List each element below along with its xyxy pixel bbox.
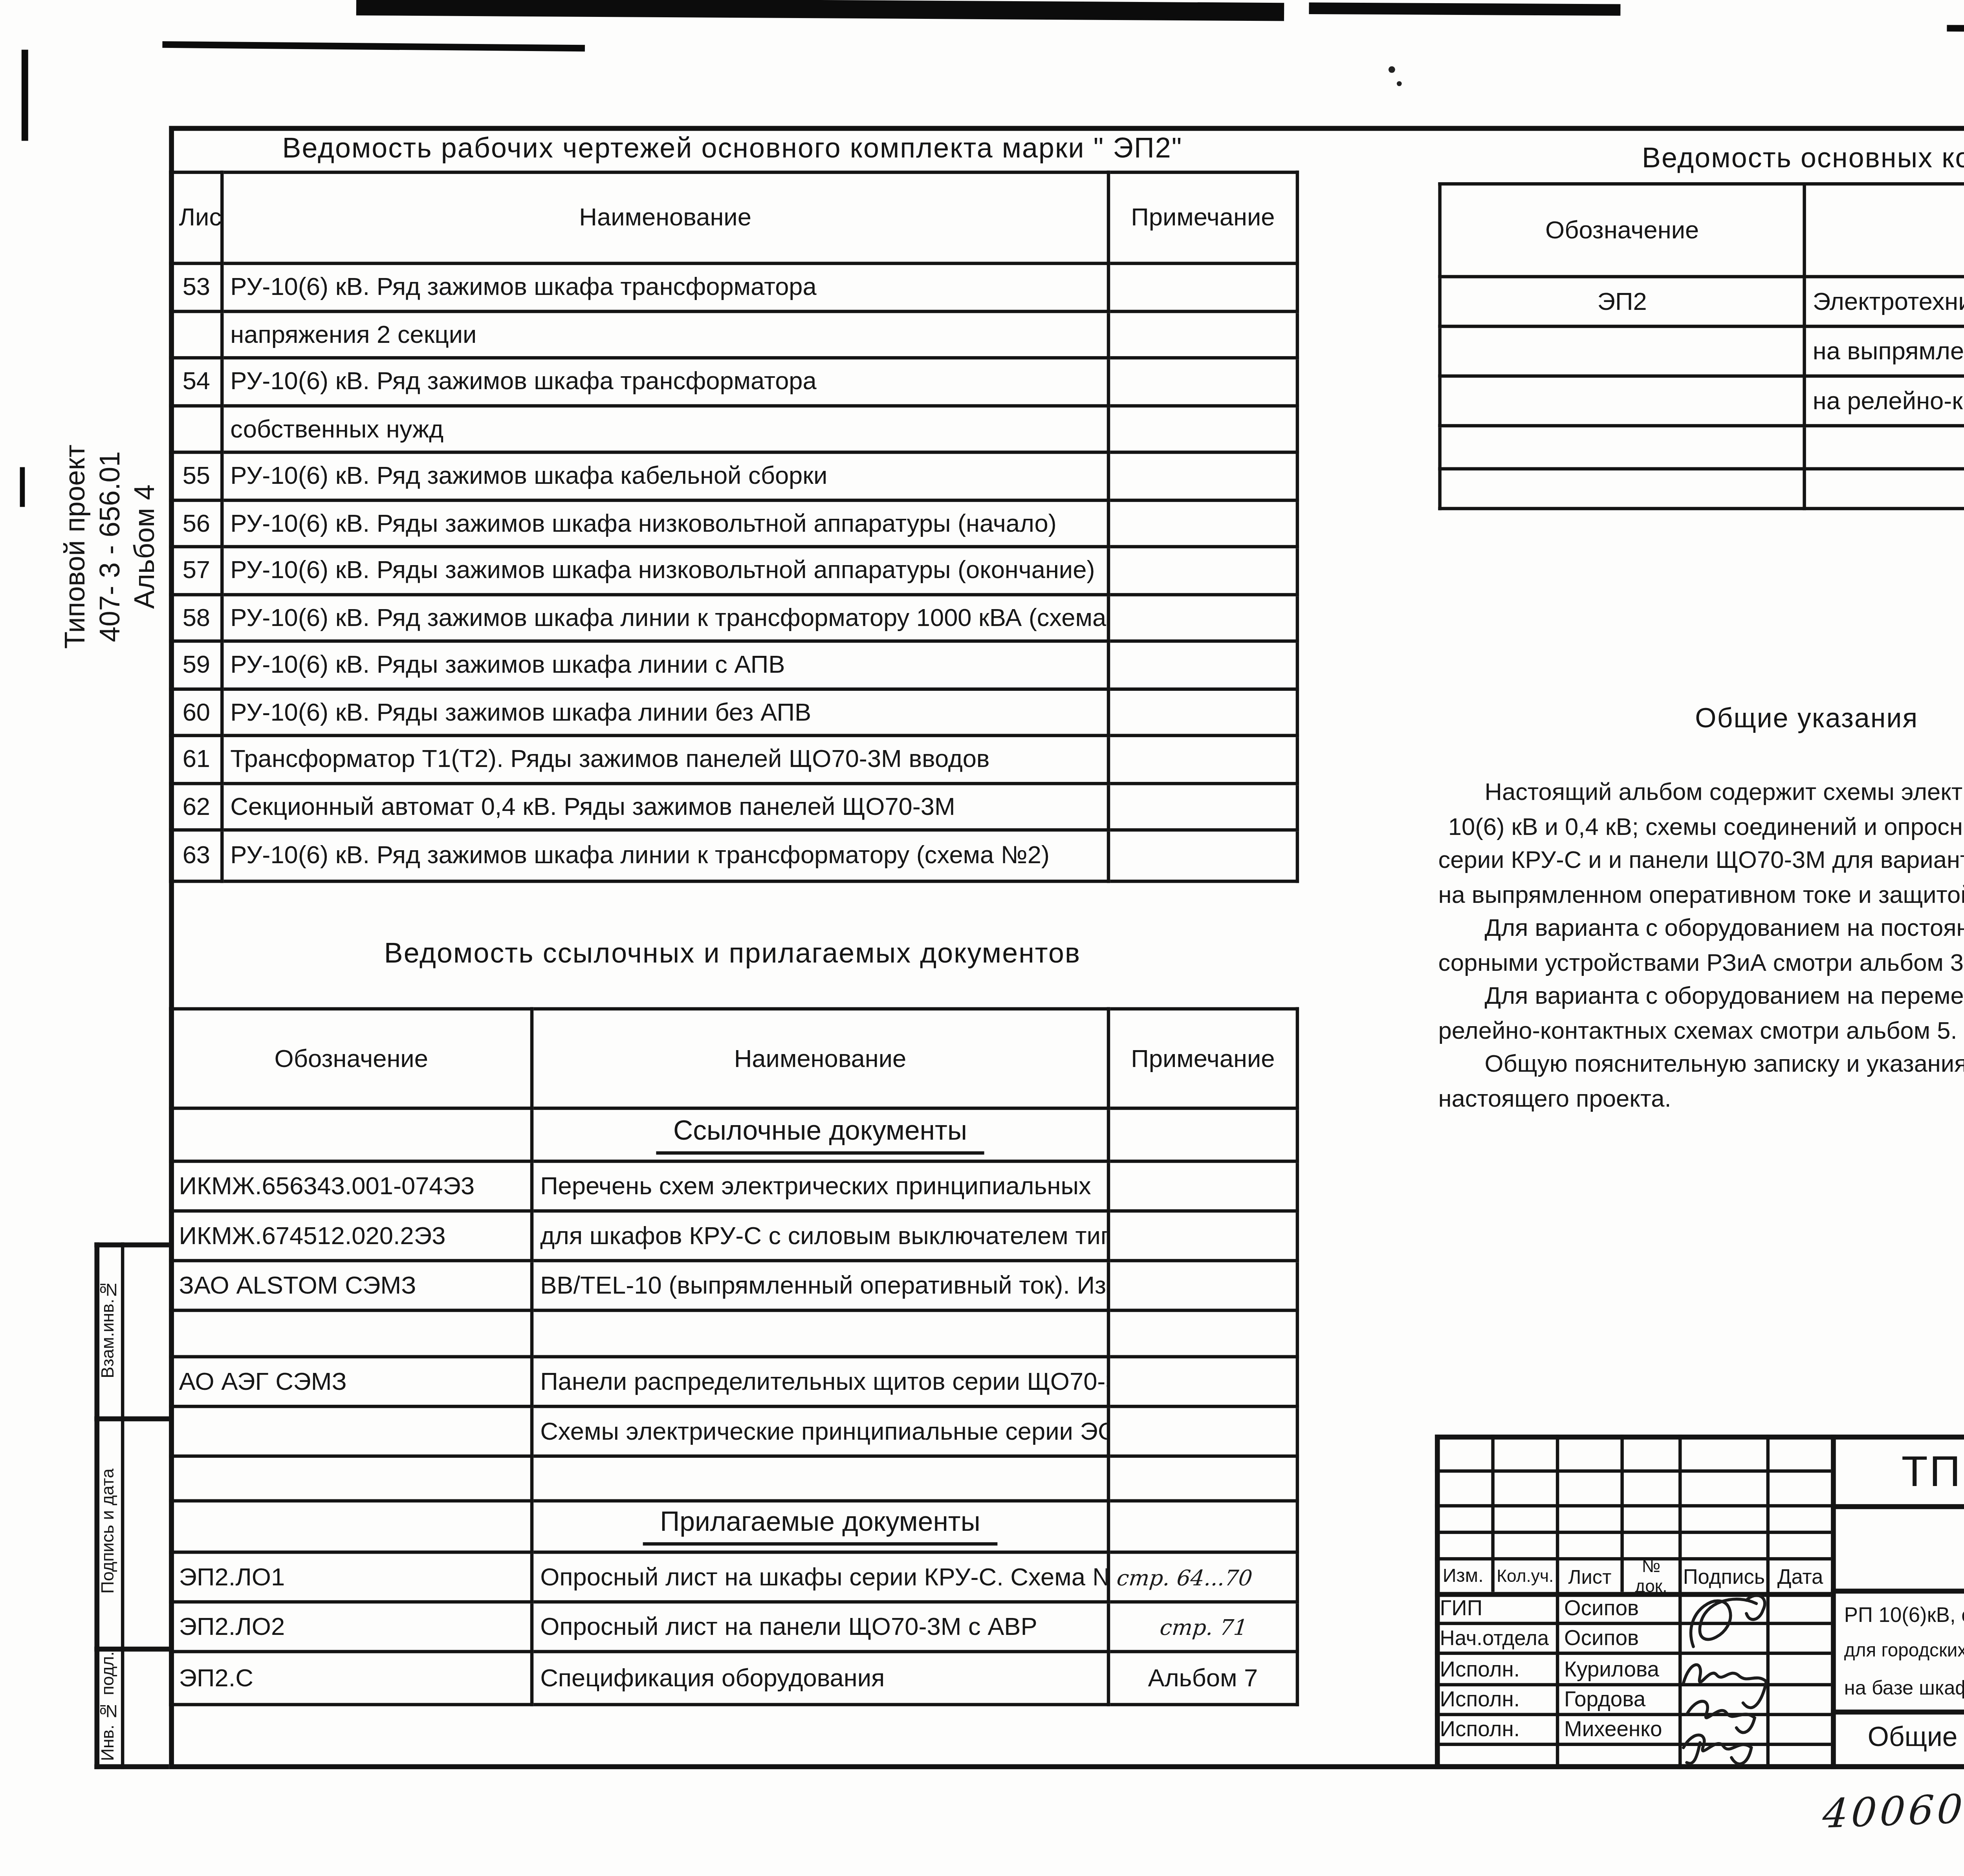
rev-header: Кол.уч. [1495,1561,1556,1592]
staff-name: Гордова [1564,1685,1678,1713]
table-row: 61Трансформатор Т1(Т2). Ряды зажимов пан… [170,736,1297,783]
notes-line: 10(6) кВ и 0,4 кВ; схемы соединений и оп… [1438,814,1964,848]
drawing-name: напряжения 2 секции [222,311,1108,358]
note [1108,1261,1297,1310]
main-sets-table: Обозначение Наименование Примечание ЭП2Э… [1438,182,1964,510]
note [1108,1406,1297,1456]
doc-name: Панели распределительных щитов серии ЩО7… [532,1357,1108,1407]
col-header: Обозначение [170,1009,532,1108]
inventory-handwritten: 400607-04 5 [1822,1781,1964,1838]
note [1108,595,1297,641]
title-block: ТП 407 - 3 - 656.01 ЭП2 Изм. Кол.уч. Лис… [1435,1435,1964,1769]
col-header: Наименование [532,1009,1108,1108]
set-mark [1440,326,1805,376]
margin-box-inv-podl: Инв. № подл. [94,1650,123,1761]
doc-mark [170,1501,532,1552]
drawing-name: РУ-10(6) кВ. Ряд зажимов шкафа трансформ… [222,264,1108,311]
doc-mark [170,1108,532,1161]
staff-role: Нач.отдела [1440,1623,1556,1652]
signature-kurilova [1684,1665,1766,1708]
set-name: на выпрямленном оперативном токе и РЗиА [1805,326,1964,376]
doc-mark: ЭП2.С [170,1652,532,1705]
table-row: на выпрямленном оперативном токе и РЗиА [1440,326,1964,376]
doc-mark: ЭП2.ЛО1 [170,1552,532,1602]
sheet-title: Общие данные (окончание) [1834,1713,1964,1764]
note [1108,1211,1297,1261]
sheet-num: 59 [170,641,222,689]
drawing-name: РУ-10(6) кВ. Ряды зажимов шкафа линии бе… [222,689,1108,736]
table-row: Схемы электрические принципиальные серии… [170,1406,1297,1456]
table-row: ЭП2.ССпецификация оборудованияАльбом 7 [170,1652,1297,1705]
sheet-num: 55 [170,452,222,500]
table-row: ЭП2.ЛО2Опросный лист на панели ЩО70-3М с… [170,1602,1297,1652]
table-row: ЗАО ALSTOM СЭМЗВВ/TEL-10 (выпрямленный о… [170,1261,1297,1310]
table-row: АО АЭГ СЭМЗПанели распределительных щито… [170,1357,1297,1407]
doc-name: Опросный лист на панели ЩО70-3М с АВР [532,1602,1108,1652]
note [1108,830,1297,881]
staff-name: Курилова [1564,1655,1678,1683]
note [1108,736,1297,783]
section-row: Прилагаемые документы [170,1501,1297,1552]
drawing-name: РУ-10(6) кВ. Ряды зажимов шкафа линии с … [222,641,1108,689]
set-mark [1440,469,1805,509]
scan-artifact [1947,25,1964,35]
doc-mark: АО АЭГ СЭМЗ [170,1357,532,1407]
staff-role: Исполн. [1440,1715,1556,1743]
doc-number: ТП 407 - 3 - 656.01 ЭП2 [1834,1438,1964,1504]
note [1108,452,1297,500]
sheet-num: 63 [170,830,222,881]
note [1108,1161,1297,1211]
set-mark [1440,426,1805,469]
doc-mark: ИКМЖ.674512.020.2Э3 [170,1211,532,1261]
rev-header: Изм. [1435,1561,1491,1592]
note [1108,1456,1297,1501]
doc-mark [170,1406,532,1456]
col-header: Примечание [1108,1009,1297,1108]
doc-name: Спецификация оборудования [532,1652,1108,1705]
scan-speck [1397,81,1402,86]
drawing-name: РУ-10(6) кВ. Ряд зажимов шкафа кабельной… [222,452,1108,500]
table-row: 57РУ-10(6) кВ. Ряды зажимов шкафа низков… [170,547,1297,595]
table-row: ЭП2.ЛО1Опросный лист на шкафы серии КРУ-… [170,1552,1297,1602]
table-row [170,1310,1297,1357]
table-row: ИКМЖ.656343.001-074Э3Перечень схем элект… [170,1161,1297,1211]
note: Альбом 7 [1108,1652,1297,1705]
note [1108,406,1297,452]
col-header: Лист [170,172,222,264]
rev-header: Лист [1559,1561,1620,1592]
note [1108,1108,1297,1161]
table-row: ИКМЖ.674512.020.2Э3для шкафов КРУ-С с си… [170,1211,1297,1261]
project-stamp-line: Альбом 4 [128,371,163,722]
table-row: 56РУ-10(6) кВ. Ряды зажимов шкафа низков… [170,500,1297,547]
ref-docs-table: Обозначение Наименование Примечание Ссыл… [169,1007,1299,1706]
note [1108,500,1297,547]
drawing-name: РУ-10(6) кВ. Ряд зажимов шкафа линии к т… [222,595,1108,641]
doc-mark [170,1310,532,1357]
sheet-num: 62 [170,783,222,830]
section-label: Ссылочные документы [657,1116,984,1154]
section-title: Ссылочные документы [532,1108,1108,1161]
doc-mark: ЭП2.ЛО2 [170,1602,532,1652]
staff-role: Исполн. [1440,1655,1556,1683]
table-row: 63РУ-10(6) кВ. Ряд зажимов шкафа линии к… [170,830,1297,881]
notes-line: Для варианта с оборудованием на переменн… [1438,984,1964,1018]
col-header: Примечание [1108,172,1297,264]
scanned-drawing-sheet: 4 Типовой проект 407- 3 - 656.01 Альбом … [0,0,1964,1876]
table-header-row: Обозначение Наименование Примечание [170,1009,1297,1108]
drawing-name: РУ-10(6) кВ. Ряды зажимов шкафа низковол… [222,500,1108,547]
table-row [1440,426,1964,469]
note [1108,689,1297,736]
general-notes: Общие указания Настоящий альбом содержит… [1438,704,1964,1120]
doc-name: ВВ/TEL-10 (выпрямленный оперативный ток)… [532,1261,1108,1310]
table-row: 59РУ-10(6) кВ. Ряды зажимов шкафа линии … [170,641,1297,689]
handwritten-inventory-number: 400607-04 5 [1821,1780,1964,1838]
note [1108,1310,1297,1357]
notes-line: Для варианта с оборудованием на постоянн… [1438,916,1964,950]
staff-role: Исполн. [1440,1685,1556,1713]
sheet-num: 54 [170,358,222,406]
drawing-name: Секционный автомат 0,4 кВ. Ряды зажимов … [222,783,1108,830]
doc-name: Схемы электрические принципиальные серии… [532,1406,1108,1456]
table-row: 55РУ-10(6) кВ. Ряд зажимов шкафа кабельн… [170,452,1297,500]
handwritten-note: стр. 64...70 [1116,1566,1253,1591]
table-header-row: Лист Наименование Примечание [170,172,1297,264]
working-drawings-table: Лист Наименование Примечание 53РУ-10(6) … [169,170,1299,883]
notes-line: серии КРУ-С и и панели ЩО70-3М для вариа… [1438,848,1964,882]
scan-artifact [20,467,25,507]
sheet-num [170,311,222,358]
note-handwritten: стр. 71 [1108,1602,1297,1652]
sheet-num: 53 [170,264,222,311]
note [1108,783,1297,830]
staff-name: Михеенко [1564,1715,1678,1743]
notes-line: релейно-контактных схемах смотри альбом … [1438,1018,1964,1052]
set-name [1805,469,1964,509]
sheet-num: 56 [170,500,222,547]
note [1108,264,1297,311]
table-row: 53РУ-10(6) кВ. Ряд зажимов шкафа трансфо… [170,264,1297,311]
handwritten-note: стр. 71 [1158,1616,1248,1641]
doc-mark [170,1456,532,1501]
scan-speck [1389,66,1395,73]
set-name: на релейно-контактных схемах [1805,376,1964,426]
notes-line: Настоящий альбом содержит схемы электрич… [1438,780,1964,814]
signatures [1670,1584,1790,1769]
col-header: Наименование [1805,184,1964,276]
drawing-name: РУ-10(6) кВ. Ряды зажимов шкафа низковол… [222,547,1108,595]
drawing-name: собственных нужд [222,406,1108,452]
signature-osipov [1691,1596,1765,1647]
project-desc-line: для городских электрических сетей и пром… [1844,1633,1964,1670]
project-description: РП 10(6)кВ, совмещенный с ТП 10(6)/0,4кВ… [1844,1597,1964,1706]
doc-name [532,1310,1108,1357]
doc-name: Перечень схем электрических принципиальн… [532,1161,1108,1211]
table-row: на релейно-контактных схемах [1440,376,1964,426]
notes-line: настоящего проекта. [1438,1086,1964,1120]
general-notes-title: Общие указания [1695,704,1964,736]
main-sets-title: Ведомость основных комплектов рабочих че… [1438,143,1964,176]
table-row: 60РУ-10(6) кВ. Ряды зажимов шкафа линии … [170,689,1297,736]
project-stamp-line: 407- 3 - 656.01 [93,371,128,722]
sheet-num [170,406,222,452]
drawing-name: Трансформатор Т1(Т2). Ряды зажимов панел… [222,736,1108,783]
notes-line: сорными устройствами РЗиА смотри альбом … [1438,950,1964,984]
project-stamp-line: Типовой проект [58,371,93,722]
doc-name: Опросный лист на шкафы серии КРУ-С. Схем… [532,1552,1108,1602]
set-mark: ЭП2 [1440,276,1805,326]
doc-name: для шкафов КРУ-С с силовым выключателем … [532,1211,1108,1261]
table-row [1440,469,1964,509]
scan-artifact [356,0,1284,21]
table-row: ЭП2Электротехническая часть с оборудован… [1440,276,1964,326]
sheet-num: 57 [170,547,222,595]
scan-artifact [162,41,585,51]
margin-box-vzam-inv: Взам.инв.№ [94,1246,123,1413]
project-desc-line: РП 10(6)кВ, совмещенный с ТП 10(6)/0,4кВ [1844,1597,1964,1633]
table-row: напряжения 2 секции [170,311,1297,358]
col-header: Обозначение [1440,184,1805,276]
sheet-num: 60 [170,689,222,736]
section-row: Ссылочные документы [170,1108,1297,1161]
table-row: 58РУ-10(6) кВ. Ряд зажимов шкафа линии к… [170,595,1297,641]
section-label: Прилагаемые документы [643,1508,997,1546]
staff-name: Осипов [1564,1594,1678,1622]
working-drawings-title: Ведомость рабочих чертежей основного ком… [169,132,1295,165]
drawing-name: РУ-10(6) кВ. Ряд зажимов шкафа линии к т… [222,830,1108,881]
ref-docs-title: Ведомость ссылочных и прилагаемых докуме… [169,938,1295,971]
notes-line: Общую пояснительную записку и указания п… [1438,1052,1964,1086]
signature-mikheenko [1684,1735,1751,1764]
note [1108,547,1297,595]
staff-role: ГИП [1440,1594,1556,1622]
staff-name: Осипов [1564,1623,1678,1652]
col-header: Наименование [222,172,1108,264]
doc-mark: ИКМЖ.656343.001-074Э3 [170,1161,532,1211]
sheet-num: 61 [170,736,222,783]
note [1108,1357,1297,1407]
drawing-name: РУ-10(6) кВ. Ряд зажимов шкафа трансформ… [222,358,1108,406]
set-mark [1440,376,1805,426]
margin-box-podpis-data: Подпись и дата [94,1420,123,1643]
project-desc-line: на базе шкафов КРУ-С ЗАО "Альстом СЭМЗ" [1844,1670,1964,1706]
sheet-num: 58 [170,595,222,641]
table-header-row: Обозначение Наименование Примечание [1440,184,1964,276]
note [1108,641,1297,689]
notes-line: на выпрямленном оперативном токе и защит… [1438,882,1964,916]
section-title: Прилагаемые документы [532,1501,1108,1552]
scan-artifact [1309,2,1620,16]
doc-mark: ЗАО ALSTOM СЭМЗ [170,1261,532,1310]
note [1108,1501,1297,1552]
note-handwritten: стр. 64...70 [1108,1552,1297,1602]
note [1108,311,1297,358]
table-row: собственных нужд [170,406,1297,452]
project-stamp-vertical: Типовой проект 407- 3 - 656.01 Альбом 4 [58,371,161,722]
set-name [1805,426,1964,469]
table-row [170,1456,1297,1501]
table-row: 54РУ-10(6) кВ. Ряд зажимов шкафа трансфо… [170,358,1297,406]
note [1108,358,1297,406]
scan-artifact [22,50,28,141]
table-row: 62Секционный автомат 0,4 кВ. Ряды зажимо… [170,783,1297,830]
doc-name [532,1456,1108,1501]
set-name: Электротехническая часть с оборудованием [1805,276,1964,326]
